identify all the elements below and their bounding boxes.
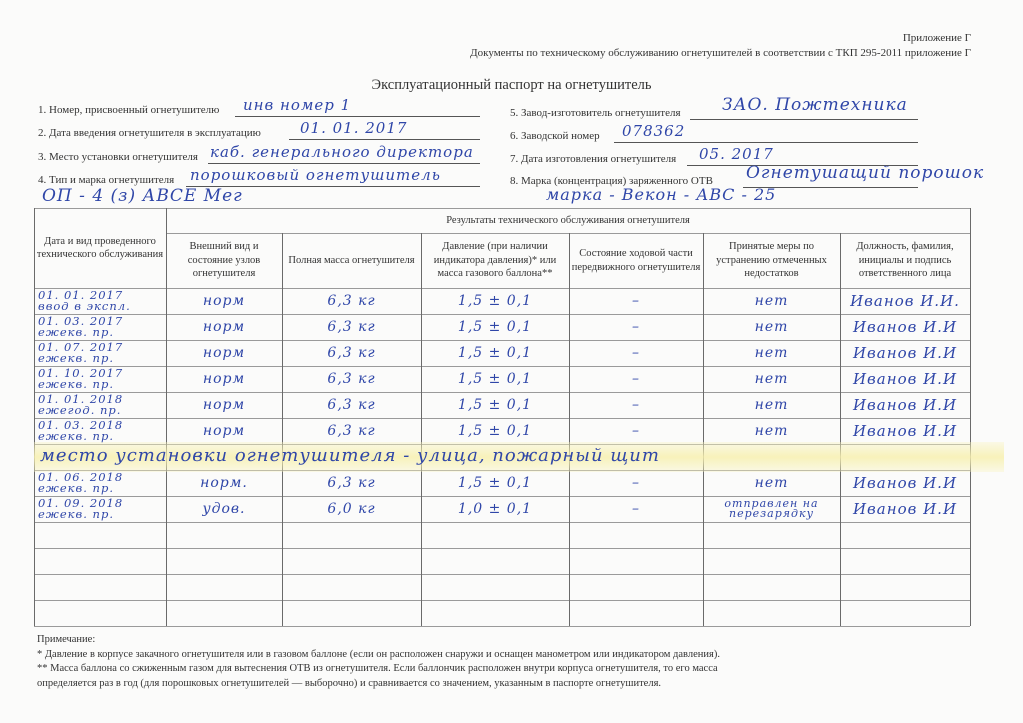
cell-measures[interactable]: отправлен на перезарядку <box>703 496 840 522</box>
cell-person[interactable] <box>840 574 970 600</box>
note-1: * Давление в корпусе закачного огнетушит… <box>37 648 720 663</box>
cell-appearance[interactable] <box>166 574 282 600</box>
cell-measures[interactable]: нет <box>703 392 840 418</box>
cell-measures[interactable]: нет <box>703 366 840 392</box>
header-results-group: Результаты технического обслуживания огн… <box>166 208 970 233</box>
cell-mass[interactable]: 6,0 кг <box>282 496 421 522</box>
field-label: 4. Тип и марка огнетушителя <box>38 174 174 186</box>
cell-person[interactable]: Иванов И.И. <box>840 288 970 314</box>
maintenance-type: ввод в экспл. <box>38 301 131 312</box>
field-underline <box>289 139 480 140</box>
field-value-line2[interactable]: ОП - 4 (з) АВСЕ Мег <box>42 186 243 206</box>
cell-measures[interactable] <box>703 548 840 574</box>
cell-date[interactable] <box>34 574 166 600</box>
cell-mass[interactable]: 6,3 кг <box>282 418 421 444</box>
header-pressure: Давление (при наличии индикатора давлени… <box>421 233 569 288</box>
field-label: 3. Место установки огнетушителя <box>38 151 198 163</box>
page-title: Эксплуатационный паспорт на огнетушитель <box>0 77 1023 94</box>
cell-measures[interactable] <box>703 522 840 548</box>
cell-measures[interactable]: нет <box>703 288 840 314</box>
cell-date[interactable]: 01. 10. 2017ежекв. пр. <box>34 366 166 392</box>
cell-person[interactable]: Иванов И.И <box>840 392 970 418</box>
cell-pressure[interactable] <box>421 600 569 626</box>
cell-date[interactable]: 01. 09. 2018ежекв. пр. <box>34 496 166 522</box>
cell-date[interactable]: 01. 07. 2017ежекв. пр. <box>34 340 166 366</box>
field-value[interactable]: ЗАО. Пожтехника <box>722 95 908 115</box>
cell-date[interactable]: 01. 06. 2018ежекв. пр. <box>34 470 166 496</box>
cell-chassis[interactable]: – <box>569 392 703 418</box>
field-underline <box>235 116 480 117</box>
cell-chassis[interactable] <box>569 522 703 548</box>
cell-mass[interactable]: 6,3 кг <box>282 314 421 340</box>
cell-chassis[interactable]: – <box>569 496 703 522</box>
field-value[interactable]: 078362 <box>622 122 685 140</box>
cell-pressure[interactable]: 1,5 ± 0,1 <box>421 392 569 418</box>
cell-person[interactable]: Иванов И.И <box>840 418 970 444</box>
field-label: 5. Завод-изготовитель огнетушителя <box>510 107 681 119</box>
maintenance-type: ежекв. пр. <box>38 379 114 390</box>
field-underline <box>208 163 480 164</box>
maintenance-type: ежекв. пр. <box>38 483 114 494</box>
cell-date[interactable] <box>34 600 166 626</box>
cell-chassis[interactable]: – <box>569 340 703 366</box>
cell-mass[interactable] <box>282 600 421 626</box>
cell-pressure[interactable]: 1,5 ± 0,1 <box>421 418 569 444</box>
cell-chassis[interactable] <box>569 574 703 600</box>
cell-pressure[interactable] <box>421 522 569 548</box>
maintenance-type: ежекв. пр. <box>38 327 114 338</box>
cell-measures[interactable]: нет <box>703 340 840 366</box>
field-value[interactable]: каб. генерального директора <box>210 143 474 161</box>
maintenance-type: ежекв. пр. <box>38 509 114 520</box>
field-label: 7. Дата изготовления огнетушителя <box>510 153 676 165</box>
header-responsible: Должность, фамилия, инициалы и подпись о… <box>840 233 970 288</box>
cell-mass[interactable]: 6,3 кг <box>282 470 421 496</box>
cell-chassis[interactable]: – <box>569 314 703 340</box>
cell-date[interactable]: 01. 03. 2017ежекв. пр. <box>34 314 166 340</box>
maintenance-type: ежекв. пр. <box>38 353 114 364</box>
cell-mass[interactable] <box>282 548 421 574</box>
field-underline <box>614 142 918 143</box>
cell-person[interactable]: Иванов И.И <box>840 340 970 366</box>
cell-date[interactable]: 01. 03. 2018ежекв. пр. <box>34 418 166 444</box>
cell-pressure[interactable]: 1,5 ± 0,1 <box>421 366 569 392</box>
cell-person[interactable] <box>840 548 970 574</box>
cell-pressure[interactable] <box>421 574 569 600</box>
cell-chassis[interactable] <box>569 548 703 574</box>
cell-appearance[interactable]: норм <box>166 366 282 392</box>
cell-mass[interactable]: 6,3 кг <box>282 366 421 392</box>
maintenance-type: ежекв. пр. <box>38 431 114 442</box>
header-measures: Принятые меры по устранению отмеченных н… <box>703 233 840 288</box>
cell-mass[interactable] <box>282 522 421 548</box>
cell-pressure[interactable] <box>421 548 569 574</box>
header-chassis: Состояние ходовой части передвижного огн… <box>569 233 703 288</box>
field-label: 1. Номер, присвоенный огнетушителю <box>38 104 219 116</box>
maintenance-type: ежегод. пр. <box>38 405 121 416</box>
cell-appearance[interactable]: норм. <box>166 470 282 496</box>
header-mass: Полная масса огнетушителя <box>282 233 421 288</box>
cell-measures[interactable] <box>703 600 840 626</box>
cell-appearance[interactable] <box>166 522 282 548</box>
cell-appearance[interactable]: удов. <box>166 496 282 522</box>
field-value[interactable]: Огнетушащий порошок <box>746 163 984 183</box>
field-label: 2. Дата введения огнетушителя в эксплуат… <box>38 127 261 139</box>
cell-person[interactable]: Иванов И.И <box>840 496 970 522</box>
cell-appearance[interactable] <box>166 548 282 574</box>
cell-appearance[interactable]: норм <box>166 340 282 366</box>
cell-date[interactable]: 01. 01. 2017ввод в экспл. <box>34 288 166 314</box>
cell-pressure[interactable]: 1,5 ± 0,1 <box>421 288 569 314</box>
cell-appearance[interactable]: норм <box>166 418 282 444</box>
cell-person[interactable] <box>840 600 970 626</box>
cell-measures[interactable]: нет <box>703 470 840 496</box>
cell-chassis[interactable] <box>569 600 703 626</box>
header-date: Дата и вид проведенного технического обс… <box>34 208 166 288</box>
cell-mass[interactable] <box>282 574 421 600</box>
maintenance-table: Дата и вид проведенного технического обс… <box>34 208 970 629</box>
cell-person[interactable]: Иванов И.И <box>840 366 970 392</box>
notes-section: Примечание: * Давление в корпусе закачно… <box>37 633 720 691</box>
cell-date[interactable] <box>34 548 166 574</box>
cell-person[interactable] <box>840 522 970 548</box>
header-appearance: Внешний вид и состояние узлов огнетушите… <box>166 233 282 288</box>
field-label: 6. Заводской номер <box>510 130 600 142</box>
cell-chassis[interactable]: – <box>569 288 703 314</box>
cell-appearance[interactable] <box>166 600 282 626</box>
field-underline <box>690 119 918 120</box>
field-value[interactable]: порошковый огнетушитель <box>190 166 441 184</box>
cell-appearance[interactable]: норм <box>166 392 282 418</box>
handwritten-note[interactable]: место установки огнетушителя - улица, по… <box>40 445 660 466</box>
cell-pressure[interactable]: 1,5 ± 0,1 <box>421 470 569 496</box>
field-value[interactable]: инв номер 1 <box>243 96 351 114</box>
cell-appearance[interactable]: норм <box>166 288 282 314</box>
cell-measures[interactable]: нет <box>703 314 840 340</box>
cell-pressure[interactable]: 1,5 ± 0,1 <box>421 314 569 340</box>
note-2-continued: определяется раз в год (для порошковых о… <box>37 677 720 692</box>
field-value-line2[interactable]: марка - Векон - АВС - 25 <box>546 185 776 204</box>
table-border-right <box>970 208 971 626</box>
row-divider <box>34 626 970 627</box>
document-reference: Документы по техническому обслуживанию о… <box>470 47 971 59</box>
note-2: ** Масса баллона со сжиженным газом для … <box>37 662 720 677</box>
cell-pressure[interactable]: 1,5 ± 0,1 <box>421 340 569 366</box>
cell-chassis[interactable]: – <box>569 366 703 392</box>
cell-mass[interactable]: 6,3 кг <box>282 288 421 314</box>
cell-chassis[interactable]: – <box>569 418 703 444</box>
cell-appearance[interactable]: норм <box>166 314 282 340</box>
appendix-label: Приложение Г <box>903 32 971 44</box>
field-value[interactable]: 05. 2017 <box>699 145 774 163</box>
cell-measures[interactable]: нет <box>703 418 840 444</box>
cell-chassis[interactable]: – <box>569 470 703 496</box>
cell-date[interactable]: 01. 01. 2018ежегод. пр. <box>34 392 166 418</box>
cell-date[interactable] <box>34 522 166 548</box>
field-value[interactable]: 01. 01. 2017 <box>300 119 407 137</box>
notes-title: Примечание: <box>37 633 720 648</box>
cell-mass[interactable]: 6,3 кг <box>282 340 421 366</box>
cell-person[interactable]: Иванов И.И <box>840 314 970 340</box>
cell-measures[interactable] <box>703 574 840 600</box>
cell-mass[interactable]: 6,3 кг <box>282 392 421 418</box>
cell-person[interactable]: Иванов И.И <box>840 470 970 496</box>
cell-pressure[interactable]: 1,0 ± 0,1 <box>421 496 569 522</box>
